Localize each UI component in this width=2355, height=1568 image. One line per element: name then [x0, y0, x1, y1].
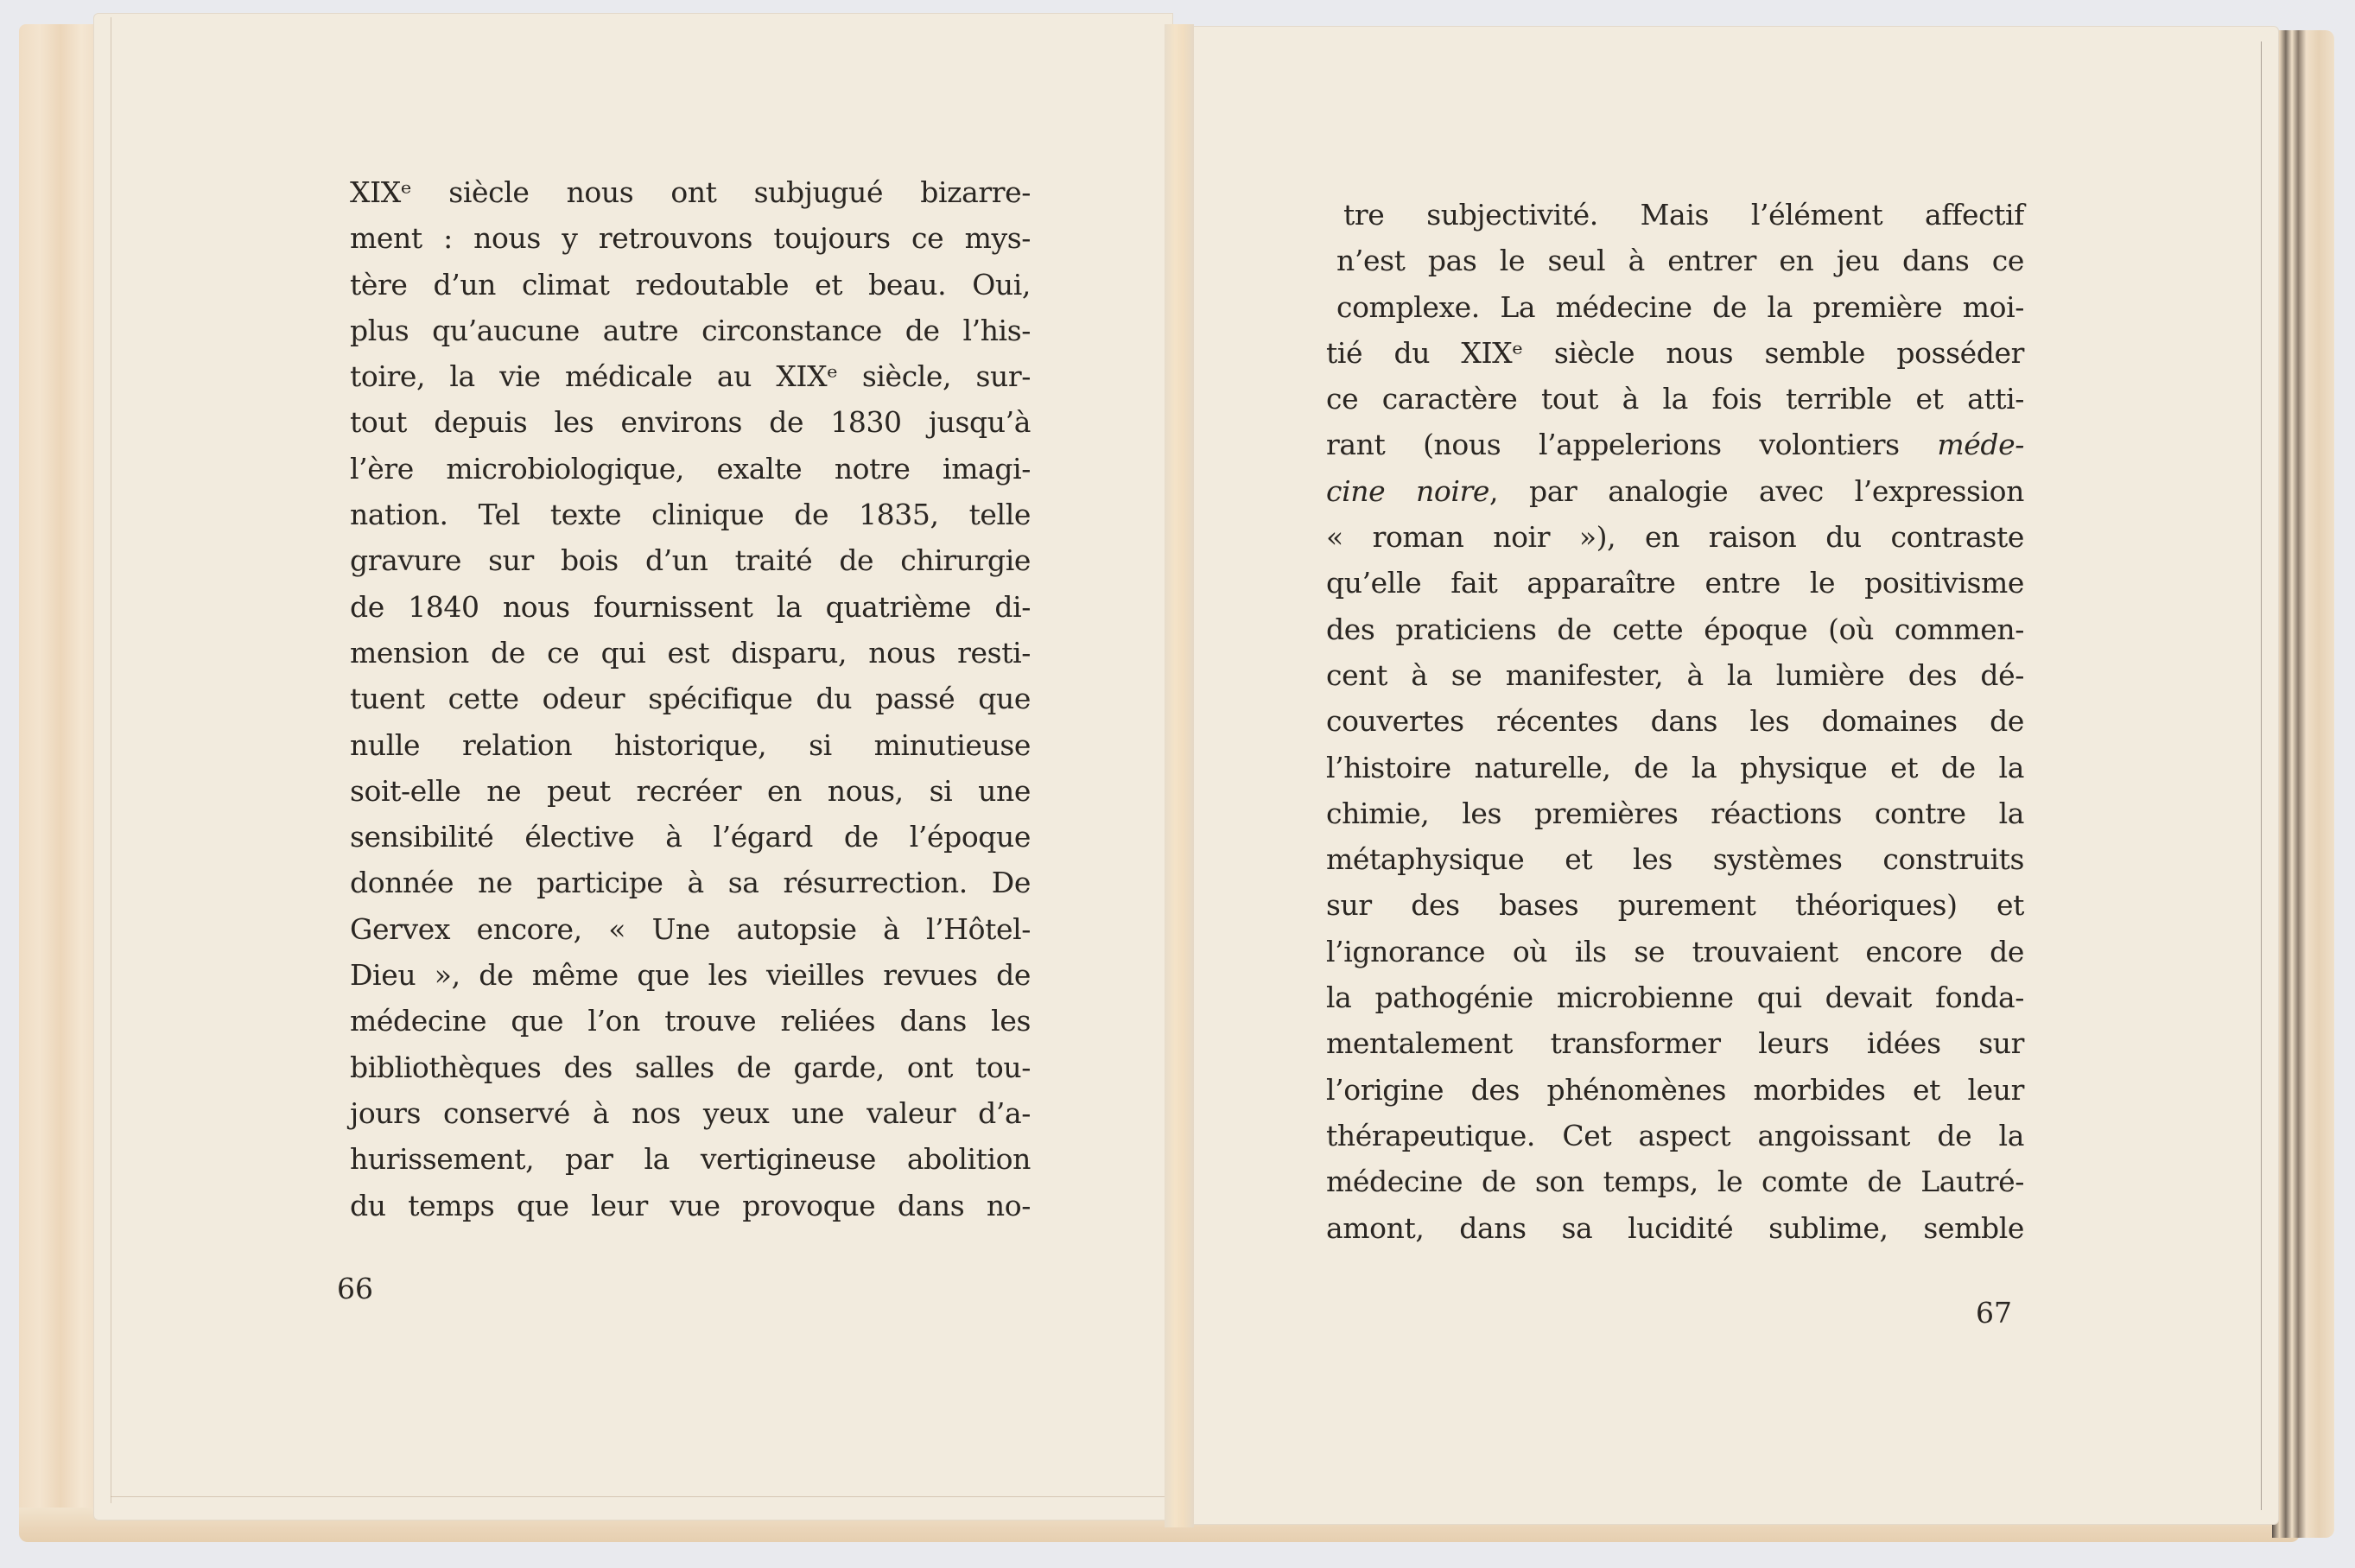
open-book: XIXᵉ siècle nous ont subjugué bizarre- m…	[0, 0, 2355, 1568]
text-line: cine noire, par analogie avec l’expressi…	[1326, 468, 2024, 514]
text-line: hurissement, par la vertigineuse aboliti…	[350, 1136, 1031, 1182]
text-line: « roman noir »), en raison du contraste	[1326, 514, 2024, 560]
leaf-edge-line	[2261, 41, 2262, 1510]
text-line: jours conservé à nos yeux une valeur d’a…	[350, 1090, 1031, 1136]
text-line: tuent cette odeur spécifique du passé qu…	[350, 676, 1031, 721]
text-line: ce caractère tout à la fois terrible et …	[1326, 376, 2024, 422]
text-line: nation. Tel texte clinique de 1835, tell…	[350, 492, 1031, 537]
text-line: médecine de son temps, le comte de Lautr…	[1326, 1159, 2024, 1204]
italic-phrase: cine noire	[1326, 474, 1489, 508]
italic-phrase: méde-	[1937, 428, 2024, 461]
text-line: mentalement transformer leurs idées sur	[1326, 1020, 2024, 1066]
page-number-right: 67	[1976, 1296, 2012, 1330]
text-line: toire, la vie médicale au XIXᵉ siècle, s…	[350, 353, 1031, 399]
text-line: cent à se manifester, à la lumière des d…	[1326, 652, 2024, 698]
text-line: la pathogénie microbienne qui devait fon…	[1326, 974, 2024, 1020]
book-gutter	[1165, 24, 1194, 1527]
text-line: tié du XIXᵉ siècle nous semble posséder	[1326, 330, 2024, 376]
right-page-block-edge	[2272, 30, 2334, 1538]
text-line: l’origine des phénomènes morbides et leu…	[1326, 1067, 2024, 1113]
text-line: qu’elle fait apparaître entre le positiv…	[1326, 560, 2024, 606]
text-line: l’ère microbiologique, exalte notre imag…	[350, 446, 1031, 492]
text-line: plus qu’aucune autre circonstance de l’h…	[350, 308, 1031, 353]
text-line: couvertes récentes dans les domaines de	[1326, 698, 2024, 744]
text-line: XIXᵉ siècle nous ont subjugué bizarre-	[350, 169, 1031, 215]
text-line: amont, dans sa lucidité sublime, semble	[1326, 1205, 2024, 1251]
page-number-left: 66	[337, 1272, 373, 1305]
text-line: tout depuis les environs de 1830 jusqu’à	[350, 399, 1031, 445]
text-line: mension de ce qui est disparu, nous rest…	[350, 630, 1031, 676]
text-line: sur des bases purement théoriques) et	[1326, 882, 2024, 928]
text-line: l’histoire naturelle, de la physique et …	[1326, 745, 2024, 790]
text-line: du temps que leur vue provoque dans no-	[350, 1183, 1031, 1228]
text-line: tère d’un climat redoutable et beau. Oui…	[350, 262, 1031, 308]
leaf-edge-line	[111, 17, 111, 1503]
text-line: de 1840 nous fournissent la quatrième di…	[350, 584, 1031, 630]
text-line: tre subjectivité. Mais l’élément affecti…	[1326, 192, 2024, 238]
text-line: sensibilité élective à l’égard de l’époq…	[350, 814, 1031, 860]
right-page-text: tre subjectivité. Mais l’élément affecti…	[1326, 192, 2024, 1251]
text-line: chimie, les premières réactions contre l…	[1326, 790, 2024, 836]
text-line: nulle relation historique, si minutieuse	[350, 722, 1031, 768]
text-line: thérapeutique. Cet aspect angoissant de …	[1326, 1113, 2024, 1159]
text-line: bibliothèques des salles de garde, ont t…	[350, 1044, 1031, 1090]
text-line: des praticiens de cette époque (où comme…	[1326, 606, 2024, 652]
text-line: n’est pas le seul à entrer en jeu dans c…	[1326, 238, 2024, 283]
text-line: Gervex encore, « Une autopsie à l’Hôtel-	[350, 906, 1031, 952]
text-line: donnée ne participe à sa résurrection. D…	[350, 860, 1031, 905]
leaf-edge-line	[111, 1496, 1165, 1497]
text-line: métaphysique et les systèmes construits	[1326, 836, 2024, 882]
text-line: ment : nous y retrouvons toujours ce mys…	[350, 215, 1031, 261]
text-line: rant (nous l’appelerions volontiers méde…	[1326, 422, 2024, 467]
text-line: médecine que l’on trouve reliées dans le…	[350, 998, 1031, 1044]
text-line: Dieu », de même que les vieilles revues …	[350, 952, 1031, 998]
text-line: soit-elle ne peut recréer en nous, si un…	[350, 768, 1031, 814]
text-line: complexe. La médecine de la première moi…	[1326, 284, 2024, 330]
text-line: gravure sur bois d’un traité de chirurgi…	[350, 537, 1031, 583]
text-line: l’ignorance où ils se trouvaient encore …	[1326, 929, 2024, 974]
left-page-text: XIXᵉ siècle nous ont subjugué bizarre- m…	[350, 169, 1031, 1228]
